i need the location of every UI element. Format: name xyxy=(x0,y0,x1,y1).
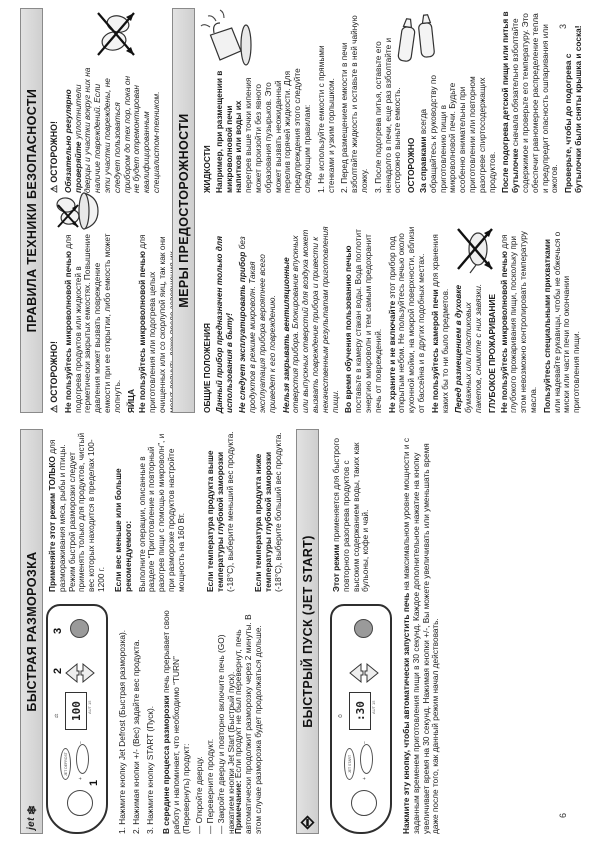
paragraph: Не пользуйтесь микроволновой печью для г… xyxy=(500,225,539,413)
step-2-marker: 2 xyxy=(52,668,64,674)
start-button-icon xyxy=(354,619,373,638)
turn-food-paragraphs: В середине процесса разморозки печь прер… xyxy=(162,602,237,834)
paragraph: Не храните и не включайте этот прибор по… xyxy=(388,225,427,413)
step-1-marker: 1 xyxy=(88,780,100,786)
control-panel-defrost-illustration: JET DEFROST + − 1 ⚖ 100 AUT 15 2 3 xyxy=(46,604,108,834)
page-number-3: 3 xyxy=(558,24,568,29)
minus-label: − xyxy=(78,741,84,744)
jetstart-paragraphs: Этот режим применяется для быстрого повт… xyxy=(332,429,371,592)
up-down-arrows-icon xyxy=(349,662,379,684)
warning-triangle-icon: ⚠ xyxy=(49,405,59,413)
column-heading: ЯЙЦА xyxy=(127,233,137,413)
jetstart-intro-column: Этот режим применяется для быстрого повт… xyxy=(332,429,375,592)
crossed-eggs-icon xyxy=(92,7,138,59)
paragraph: Если вес меньше или больше рекомендуемог… xyxy=(114,429,134,592)
paragraph: Не следует эксплуатировать прибор без пр… xyxy=(238,225,277,413)
control-panel-jetstart-illustration: JET START + − ⏱ :30 AUT 15 xyxy=(330,604,392,834)
paragraph: Не пользуйтесь микроволновой печью для п… xyxy=(64,233,123,413)
display-sub-label: AUT 15 xyxy=(87,701,92,715)
display-sub-label: AUT 15 xyxy=(371,701,376,715)
clock-symbol-icon: ⏱ xyxy=(338,714,344,718)
column-heading: ОБЩИЕ ПОЛОЖЕНИЯ xyxy=(203,225,213,413)
paragraph: Например, при размещении в микроволновой… xyxy=(215,66,313,193)
paragraph: В середине процесса разморозки печь прер… xyxy=(162,602,191,834)
temp-below-paragraphs: Если температура продукта ниже температу… xyxy=(254,429,283,592)
weight-advice-paragraphs: Если вес меньше или больше рекомендуемог… xyxy=(114,429,187,592)
defrost-intro-column: Применяйте этот режим ТОЛЬКО для размора… xyxy=(48,429,111,592)
paragraph: Данный прибор предназначен только для ис… xyxy=(215,225,235,413)
section-header-fast-defrost-label: БЫСТРАЯ РАЗМОРОЗКА xyxy=(25,551,39,711)
display-window: 100 xyxy=(65,692,87,730)
section-header-safety-rules-label: ПРАВИЛА ТЕХНИКИ БЕЗОПАСНОСТИ xyxy=(25,89,39,333)
display-window: :30 xyxy=(349,692,371,730)
timer-dial-icon xyxy=(67,790,93,816)
section-header-precautions: МЕРЫ ПРЕДОСТОРОЖНОСТИ xyxy=(172,8,195,413)
temp-below-block: Если температура продукта ниже температу… xyxy=(254,429,287,592)
warning-left-paragraphs: Не пользуйтесь микроволновой печью для п… xyxy=(64,233,188,413)
general-provisions-paragraphs: ОБЩИЕ ПОЛОЖЕНИЯДанный прибор предназначе… xyxy=(203,225,582,413)
weight-button-icon xyxy=(76,744,89,774)
weight-advice-column: Если вес меньше или больше рекомендуемог… xyxy=(114,429,191,592)
temp-above-paragraphs: Если температура продукта выше температу… xyxy=(206,429,235,592)
snowflake-icon: ❄ xyxy=(25,805,39,815)
paragraph: — Откройте дверцу. xyxy=(195,602,205,834)
section-header-precautions-label: МЕРЫ ПРЕДОСТОРОЖНОСТИ xyxy=(177,113,191,307)
section-header-safety-rules: ПРАВИЛА ТЕХНИКИ БЕЗОПАСНОСТИ xyxy=(20,8,43,413)
warning-title-right: ⚠ ОСТОРОЖНО! xyxy=(50,8,60,193)
paragraph: Во время обучения пользованию печью пост… xyxy=(344,225,383,413)
up-down-arrows-icon xyxy=(65,662,95,684)
paragraph: После подогрева детской пищи или питья в… xyxy=(501,8,560,193)
paragraph: 1. Не используйте емкости с прямыми стен… xyxy=(317,8,337,193)
jet-defrost-button-icon: JET DEFROST xyxy=(60,748,71,780)
jetstart-bottom-paragraphs: Нажмите эту кнопку, чтобы автоматически … xyxy=(402,429,441,834)
baby-bottles-icon xyxy=(396,9,440,65)
jetstart-bottom-paragraph: Нажмите эту кнопку, чтобы автоматически … xyxy=(402,429,445,834)
weight-symbol-icon: ⚖ xyxy=(54,714,60,718)
scanned-manual-sheet: ПРАВИЛА ТЕХНИКИ БЕЗОПАСНОСТИ ⚠ ОСТОРОЖНО… xyxy=(0,0,595,842)
paragraph: Пользуйтесь специальными прихватками или… xyxy=(543,225,582,413)
warning-title-left: ⚠ ОСТОРОЖНО! xyxy=(50,233,60,413)
section-header-jet-start-label: БЫСТРЫЙ ПУСК (JET START) xyxy=(301,535,315,728)
defrost-intro-paragraphs: Применяйте этот режим ТОЛЬКО для размора… xyxy=(48,429,107,592)
paragraph: Применяйте этот режим ТОЛЬКО для размора… xyxy=(48,429,107,592)
paragraph: Если температура продукта выше температу… xyxy=(206,429,235,592)
crossed-frying-pan-icon xyxy=(452,225,496,275)
jet-start-button-icon: JET START xyxy=(344,748,355,780)
page-number-6: 6 xyxy=(558,813,568,818)
paragraph: 2. Перед размещением емкости в печи взбо… xyxy=(340,8,369,193)
jet-start-logo xyxy=(297,815,318,830)
paragraph: 1. Нажмите кнопку Jet Defrost (Быстрая р… xyxy=(118,602,128,834)
boiling-over-jug-icon xyxy=(200,9,256,73)
defrost-steps: 1. Нажмите кнопку Jet Defrost (Быстрая р… xyxy=(118,602,159,834)
paragraph: Выполните операции, описанные в разделе … xyxy=(138,429,187,592)
paragraph: Перед размещением в духовке бумажных или… xyxy=(454,283,483,413)
warning-column-left: ⚠ ОСТОРОЖНО! Не пользуйтесь микроволново… xyxy=(50,233,191,413)
liquids-column: ЖИДКОСТИНапример, при размещении в микро… xyxy=(200,8,588,193)
paragraph: 2. Нажимая кнопки +/- (Вес) задайте вес … xyxy=(132,602,142,834)
paragraph: Нажмите эту кнопку, чтобы автоматически … xyxy=(402,429,441,834)
plus-label: + xyxy=(78,777,84,780)
step-3-marker: 3 xyxy=(52,628,64,634)
paragraph: За справками всегда обращайтесь к руково… xyxy=(419,66,497,193)
manual-page-6: jet❄ БЫСТРАЯ РАЗМОРОЗКА JET DEFROST + − … xyxy=(0,421,595,842)
crossed-eggs-bowl-icon xyxy=(52,173,106,235)
manual-page-3: ПРАВИЛА ТЕХНИКИ БЕЗОПАСНОСТИ ⚠ ОСТОРОЖНО… xyxy=(0,0,595,421)
section-header-fast-defrost: jet❄ БЫСТРАЯ РАЗМОРОЗКА xyxy=(20,429,43,834)
start-button-icon xyxy=(70,619,89,638)
section-header-jet-start: БЫСТРЫЙ ПУСК (JET START) xyxy=(296,429,319,834)
time-button-icon xyxy=(360,744,373,774)
paragraph: 3. Нажмите кнопку START (Пуск). xyxy=(146,602,156,834)
jet-logo-text: jet xyxy=(26,817,37,830)
paragraph: Не пользуйтесь камерой печи для хранения… xyxy=(431,225,451,413)
plus-label: + xyxy=(362,777,368,780)
paragraph: Этот режим применяется для быстрого повт… xyxy=(332,429,371,592)
jet-start-diamond-icon xyxy=(300,815,315,830)
paragraph: — Переверните продукт. xyxy=(206,602,216,834)
turn-food-block: В середине процесса разморозки печь прер… xyxy=(162,602,238,834)
temp-above-block: Если температура продукта выше температу… xyxy=(206,429,239,592)
timer-dial-icon xyxy=(351,790,377,816)
paragraph: Проверьте, чтобы до подогрева с бутылочк… xyxy=(564,8,584,193)
defrost-step-list: 1. Нажмите кнопку Jet Defrost (Быстрая р… xyxy=(118,602,155,834)
paragraph: Примечание: Если продукт не был переверн… xyxy=(234,602,263,834)
jet-defrost-logo: jet❄ xyxy=(21,805,42,830)
note-paragraphs: Примечание: Если продукт не был переверн… xyxy=(234,602,263,834)
note-block: Примечание: Если продукт не был переверн… xyxy=(234,602,267,834)
general-provisions-column: ОБЩИЕ ПОЛОЖЕНИЯДанный прибор предназначе… xyxy=(200,225,586,413)
paragraph: Если температура продукта ниже температу… xyxy=(254,429,283,592)
paragraph: Нельзя закрывать вентиляционные отверсти… xyxy=(282,225,341,413)
minus-label: − xyxy=(362,741,368,744)
liquids-paragraphs: ЖИДКОСТИНапример, при размещении в микро… xyxy=(203,8,584,193)
